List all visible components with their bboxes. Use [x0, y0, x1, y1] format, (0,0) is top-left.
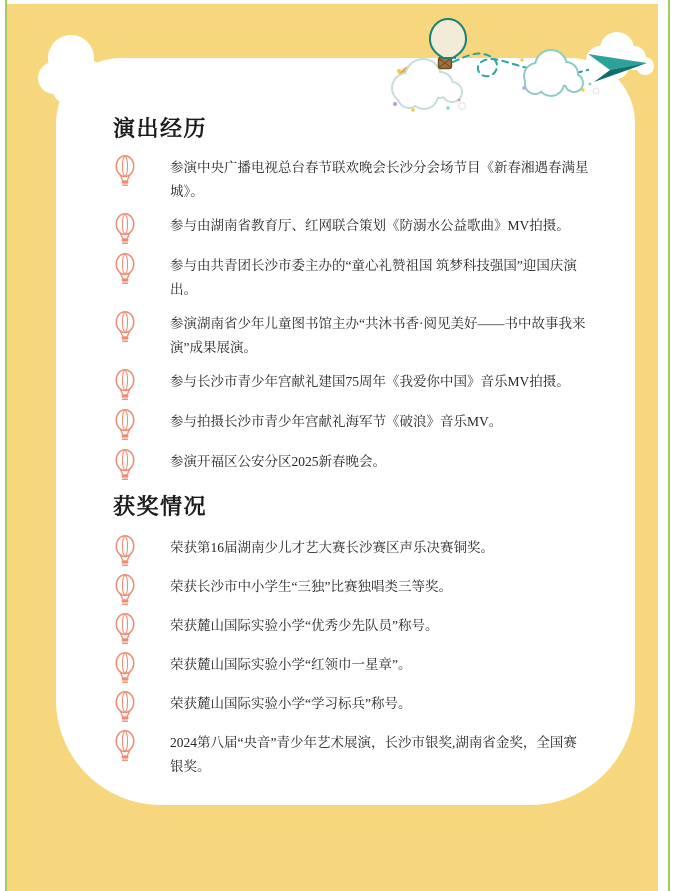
list-item-text: 参演湖南省少年儿童图书馆主办“共沐书香·阅见美好——书中故事我来演”成果展演。 [170, 312, 590, 360]
left-border-line [5, 0, 7, 891]
hot-air-balloon-icon [113, 574, 137, 605]
list-item: 荣获麓山国际实验小学“学习标兵”称号。 [113, 692, 599, 722]
list-item: 参演中央广播电视总台春节联欢晚会长沙分会场节目《新春湘遇春满星城》。 [113, 156, 599, 204]
list-item: 荣获长沙市中小学生“三独”比赛独唱类三等奖。 [113, 575, 599, 605]
section-heading: 演出经历 [113, 112, 599, 143]
section-items: 参演中央广播电视总台春节联欢晚会长沙分会场节目《新春湘遇春满星城》。 参与由湖南… [113, 156, 599, 480]
list-item: 2024第八届“央音”青少年艺术展演，长沙市银奖,湖南省金奖，全国赛银奖。 [113, 731, 599, 779]
list-item-text: 荣获麓山国际实验小学“优秀少先队员”称号。 [170, 614, 590, 638]
hot-air-balloon-icon [113, 409, 137, 440]
list-item-text: 参与拍摄长沙市青少年宫献礼海军节《破浪》音乐MV。 [170, 410, 590, 434]
list-item-text: 荣获麓山国际实验小学“红领巾一星章”。 [170, 653, 590, 677]
list-item: 荣获麓山国际实验小学“优秀少先队员”称号。 [113, 614, 599, 644]
hot-air-balloon-icon [113, 691, 137, 722]
section-items: 荣获第16届湖南少儿才艺大赛长沙赛区声乐决赛铜奖。 荣获长沙市中小学生“三独”比… [113, 536, 599, 779]
list-item-text: 参演开福区公安分区2025新春晚会。 [170, 450, 590, 474]
list-item: 参与由湖南省教育厅、红网联合策划《防溺水公益歌曲》MV拍摄。 [113, 214, 599, 244]
section: 获奖情况 荣获第16届湖南少儿才艺大赛长沙赛区声乐决赛铜奖。 荣获长沙市中小学生… [113, 490, 599, 779]
page: 演出经历 参演中央广播电视总台春节联欢晚会长沙分会场节目《新春湘遇春满星城》。 … [0, 0, 675, 891]
hot-air-balloon-icon [113, 535, 137, 566]
list-item: 参演湖南省少年儿童图书馆主办“共沐书香·阅见美好——书中故事我来演”成果展演。 [113, 312, 599, 360]
hot-air-balloon-icon [113, 311, 137, 342]
hot-air-balloon-icon [113, 730, 137, 761]
sections-container: 演出经历 参演中央广播电视总台春节联欢晚会长沙分会场节目《新春湘遇春满星城》。 … [56, 58, 635, 779]
section-heading: 获奖情况 [113, 490, 599, 521]
right-border-line [668, 0, 670, 891]
list-item-text: 荣获长沙市中小学生“三独”比赛独唱类三等奖。 [170, 575, 590, 599]
list-item: 荣获第16届湖南少儿才艺大赛长沙赛区声乐决赛铜奖。 [113, 536, 599, 566]
list-item-text: 参与长沙市青少年宫献礼建国75周年《我爱你中国》音乐MV拍摄。 [170, 370, 590, 394]
list-item-text: 参与由湖南省教育厅、红网联合策划《防溺水公益歌曲》MV拍摄。 [170, 214, 590, 238]
hot-air-balloon-icon [113, 213, 137, 244]
list-item-text: 荣获麓山国际实验小学“学习标兵”称号。 [170, 692, 590, 716]
list-item-text: 2024第八届“央音”青少年艺术展演，长沙市银奖,湖南省金奖，全国赛银奖。 [170, 731, 590, 779]
list-item-text: 荣获第16届湖南少儿才艺大赛长沙赛区声乐决赛铜奖。 [170, 536, 590, 560]
list-item: 参与拍摄长沙市青少年宫献礼海军节《破浪》音乐MV。 [113, 410, 599, 440]
content-card: 演出经历 参演中央广播电视总台春节联欢晚会长沙分会场节目《新春湘遇春满星城》。 … [56, 58, 635, 805]
list-item: 荣获麓山国际实验小学“红领巾一星章”。 [113, 653, 599, 683]
list-item-text: 参与由共青团长沙市委主办的“童心礼赞祖国 筑梦科技强国”迎国庆演出。 [170, 254, 590, 302]
hot-air-balloon-icon [113, 613, 137, 644]
list-item-text: 参演中央广播电视总台春节联欢晚会长沙分会场节目《新春湘遇春满星城》。 [170, 156, 590, 204]
list-item: 参与由共青团长沙市委主办的“童心礼赞祖国 筑梦科技强国”迎国庆演出。 [113, 254, 599, 302]
hot-air-balloon-icon [113, 155, 137, 186]
list-item: 参与长沙市青少年宫献礼建国75周年《我爱你中国》音乐MV拍摄。 [113, 370, 599, 400]
hot-air-balloon-icon [113, 449, 137, 480]
hot-air-balloon-icon [113, 253, 137, 284]
hot-air-balloon-icon [113, 369, 137, 400]
section: 演出经历 参演中央广播电视总台春节联欢晚会长沙分会场节目《新春湘遇春满星城》。 … [113, 112, 599, 480]
list-item: 参演开福区公安分区2025新春晚会。 [113, 450, 599, 480]
hot-air-balloon-icon [113, 652, 137, 683]
